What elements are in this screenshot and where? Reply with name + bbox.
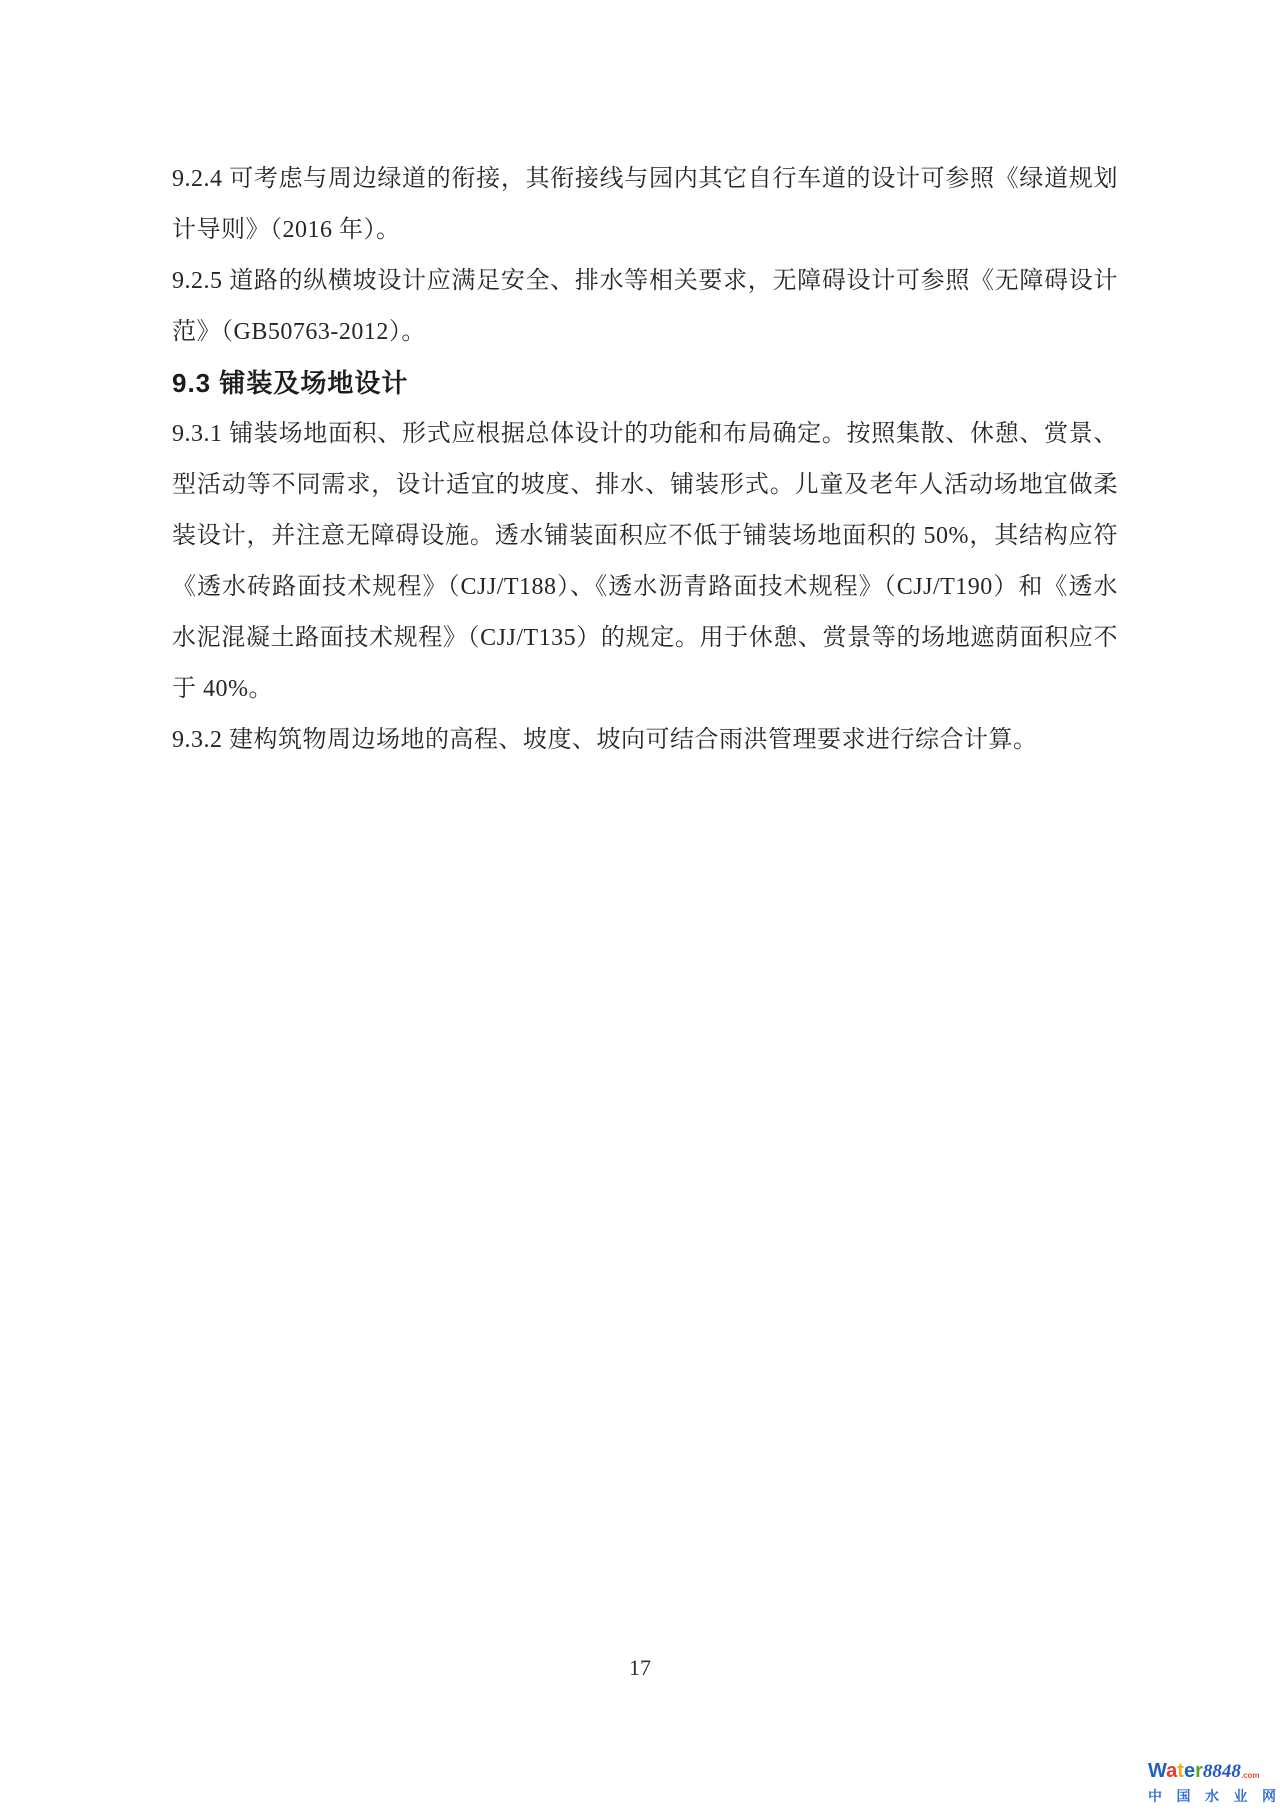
text-line: 装设计，并注意无障碍设施。透水铺装面积应不低于铺装场地面积的 50%，其结构应符… [172,511,1118,562]
watermark-subtitle: 中国水业网 [1148,1788,1276,1804]
text-line: 《透水砖路面技术规程》（CJJ/T188）、《透水沥青路面技术规程》（CJJ/T… [172,562,1118,613]
watermark-logo: Water8848.com 中国水业网 [1148,1760,1276,1804]
watermark-letter: W [1148,1760,1166,1782]
text-line: 型活动等不同需求，设计适宜的坡度、排水、铺装形式。儿童及老年人活动场地宜做柔性铺 [172,460,1118,511]
watermark-brand-suffix: .com [1241,1765,1260,1787]
watermark-letter: a [1166,1760,1177,1782]
watermark-brand-line: Water8848.com [1148,1760,1276,1786]
document-text: 9.2.4 可考虑与周边绿道的衔接，其衔接线与园内其它自行车道的设计可参照《绿道… [172,154,1118,766]
text-line: 9.3.2 建构筑物周边场地的高程、坡度、坡向可结合雨洪管理要求进行综合计算。 [172,715,1118,766]
watermark-brand-number: 8848 [1203,1761,1241,1783]
watermark-brand-word: Water [1148,1760,1203,1782]
page-number: 17 [0,1655,1280,1681]
watermark-letter: r [1195,1760,1203,1782]
watermark-subtitle-char: 国 [1177,1788,1191,1804]
text-line: 于 40%。 [172,664,1118,715]
section-heading: 9.3 铺装及场地设计 [172,358,1118,409]
watermark-letter: e [1184,1760,1195,1782]
text-line: 计导则》（2016 年）。 [172,205,1118,256]
watermark-subtitle-char: 业 [1234,1788,1248,1804]
watermark-subtitle-char: 水 [1205,1788,1219,1804]
document-page: 9.2.4 可考虑与周边绿道的衔接，其衔接线与园内其它自行车道的设计可参照《绿道… [0,0,1280,1810]
text-line: 9.2.5 道路的纵横坡设计应满足安全、排水等相关要求，无障碍设计可参照《无障碍… [172,256,1118,307]
watermark-subtitle-char: 网 [1262,1788,1276,1804]
watermark-letter: t [1177,1760,1184,1782]
text-line: 9.3.1 铺装场地面积、形式应根据总体设计的功能和布局确定。按照集散、休憩、赏… [172,409,1118,460]
watermark-subtitle-char: 中 [1148,1788,1162,1804]
text-line: 范》（GB50763-2012）。 [172,307,1118,358]
text-line: 9.2.4 可考虑与周边绿道的衔接，其衔接线与园内其它自行车道的设计可参照《绿道… [172,154,1118,205]
text-line: 水泥混凝土路面技术规程》（CJJ/T135）的规定。用于休憩、赏景等的场地遮荫面… [172,613,1118,664]
